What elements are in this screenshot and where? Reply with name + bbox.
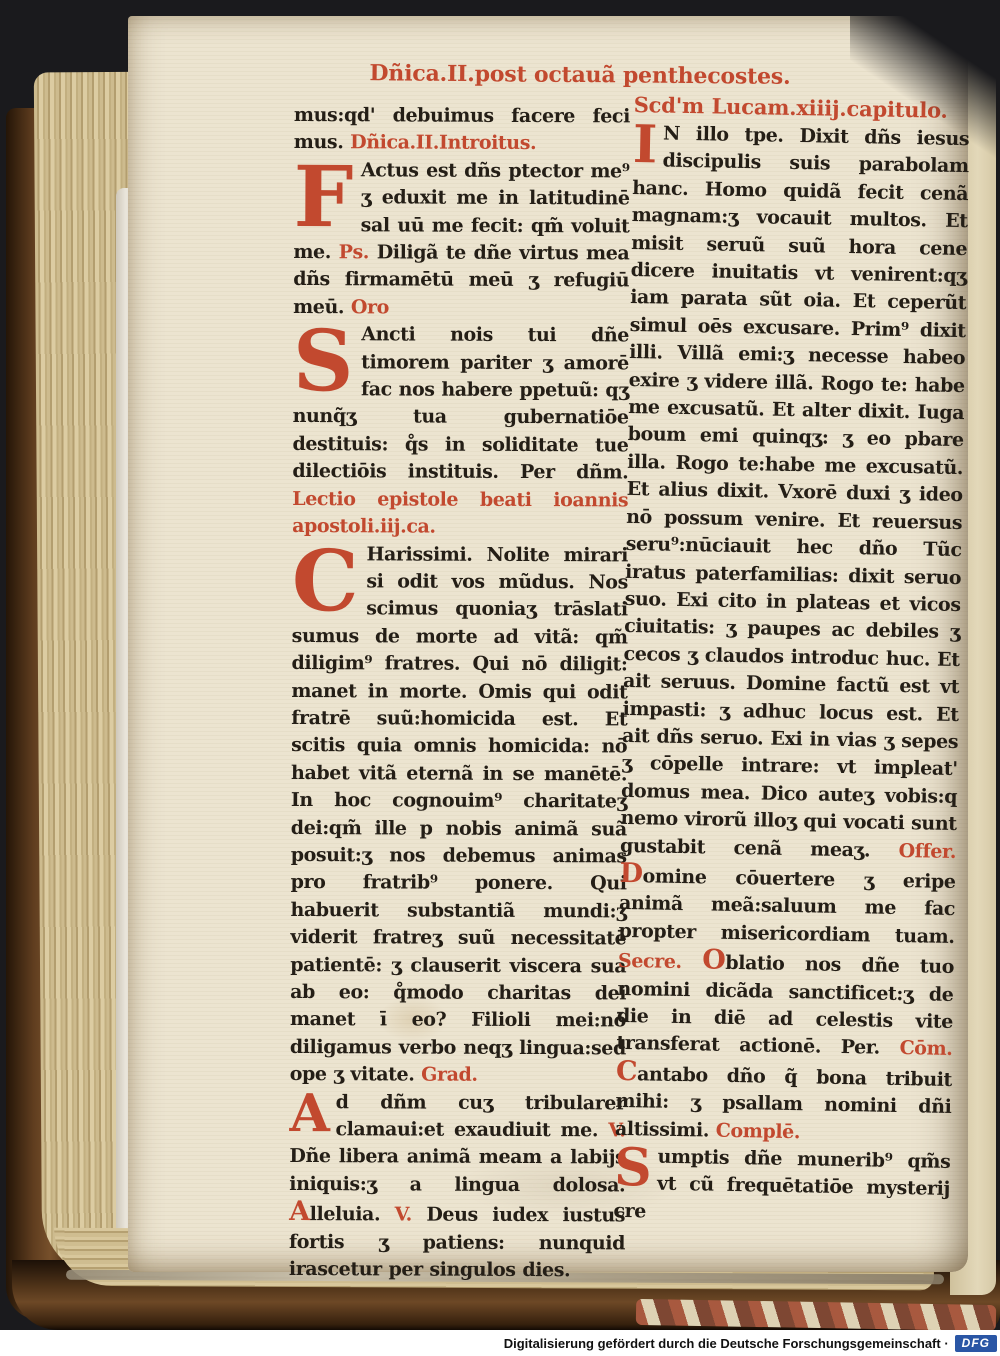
text-run: Harissimi. Nolite mirari si odit vos mũd… (290, 543, 628, 1086)
text-block: FActus est dñs ptector me⁹ ʒ eduxit me i… (293, 157, 630, 323)
text-run: lleluia. (310, 1203, 395, 1225)
text-run: Oro (351, 296, 389, 318)
text-run: Ps. (339, 241, 377, 263)
text-run: Grad. (421, 1064, 478, 1086)
text-run: O (702, 945, 726, 976)
text-run: Dñe libera animã meam a labijs iniquis:ʒ… (289, 1145, 625, 1196)
drop-cap-initial: C (292, 540, 367, 616)
printed-text-layer: Dñica.II.post octauã penthecostes. mus:q… (128, 16, 968, 1272)
text-run: Cōm. (899, 1037, 952, 1060)
text-block: IN illo tpe. Dixit dñs iesus discipulis … (615, 120, 970, 1149)
text-block: Ad dñm cuʒ tribularer clamaui:et exaudiu… (289, 1089, 626, 1285)
text-run: Dñica.II.Introitus. (350, 132, 536, 155)
drop-cap-initial: I (633, 120, 664, 169)
text-run: C (616, 1056, 638, 1087)
drop-cap-initial: S (614, 1143, 658, 1192)
text-run: V. (395, 1204, 427, 1226)
text-run: A (289, 1196, 310, 1227)
text-run: N illo tpe. Dixit dñs iesus discipulis s… (620, 123, 969, 862)
open-page: Dñica.II.post octauã penthecostes. mus:q… (128, 16, 968, 1272)
credit-text: Digitalisierung gefördert durch die Deut… (504, 1336, 949, 1351)
text-block: mus:qd' debuimus facere feci mus. Dñica.… (294, 102, 630, 158)
text-run: umptis dñe munerib⁹ qm̃s vt cũ frequētat… (613, 1146, 950, 1223)
text-block: Sumptis dñe munerib⁹ qm̃s vt cũ frequēta… (613, 1143, 950, 1231)
text-run: D (619, 858, 643, 889)
running-title: Dñica.II.post octauã penthecostes. (310, 60, 850, 91)
text-run: Secre. (618, 950, 703, 974)
text-run: omine cōuertere ʒ eripe animã meã:saluum… (618, 865, 955, 948)
text-block: SAncti nois tui dñe timorem pariter ʒ am… (292, 321, 629, 542)
drop-cap-initial: F (293, 157, 361, 233)
drop-cap-initial: S (293, 321, 362, 397)
text-run: d dñm cuʒ tribularer clamaui:et exaudiui… (335, 1091, 625, 1142)
text-run: Lectio epistole beati ioannis apostoli.i… (292, 488, 628, 538)
text-run: Offer. (898, 840, 956, 863)
col-right: Scd'm Lucam.xiiij.capitulo.IN illo tpe. … (613, 90, 970, 1231)
text-run: Complē. (716, 1119, 801, 1143)
text-block: CHarissimi. Nolite mirari si odit vos mũ… (290, 540, 628, 1090)
digitization-credit-bar: Digitalisierung gefördert durch die Deut… (0, 1330, 1000, 1356)
col-left: mus:qd' debuimus facere feci mus. Dñica.… (289, 102, 630, 1285)
drop-cap-initial: A (289, 1089, 335, 1137)
dfg-logo: DFG (955, 1335, 997, 1352)
background-corner-shadow (850, 0, 1000, 210)
scanned-book-photo: Dñica.II.post octauã penthecostes. mus:q… (0, 0, 1000, 1356)
